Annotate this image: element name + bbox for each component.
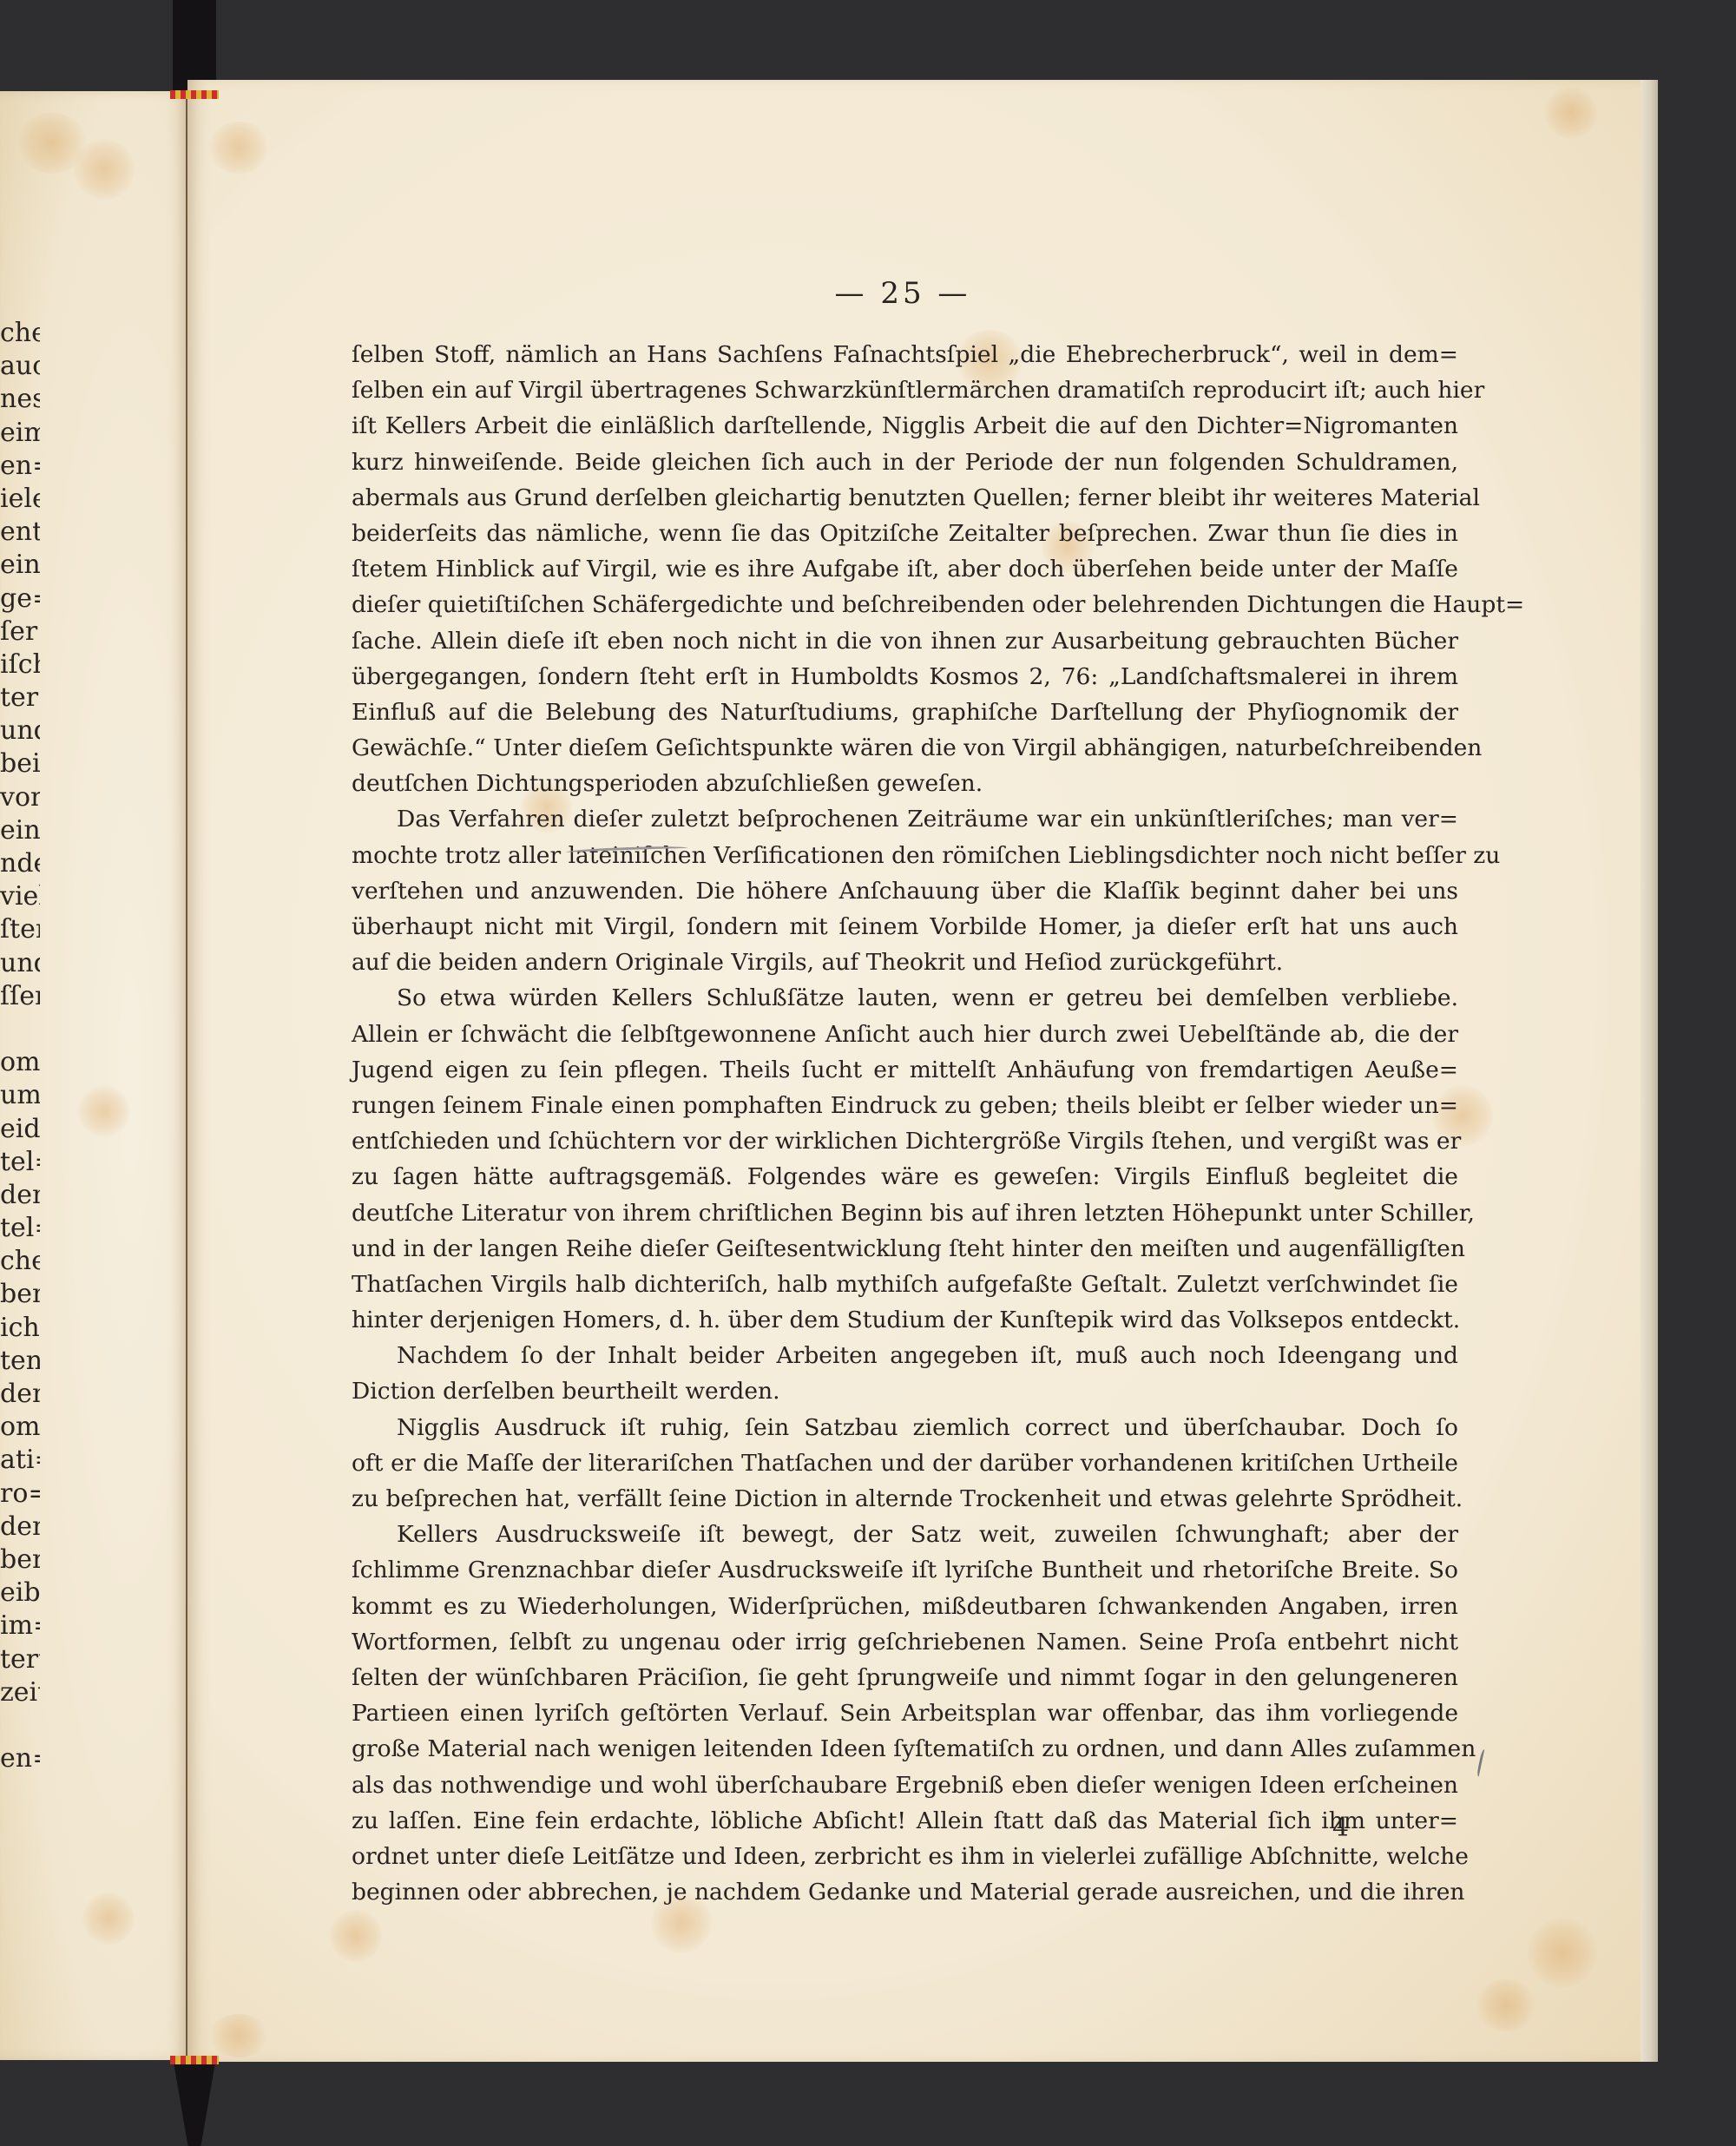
text-line: abermals aus Grund derſelben gleichartig… — [352, 480, 1458, 516]
text-line: deutſche Literatur von ihrem chriſtliche… — [352, 1195, 1458, 1231]
text-line: ſelben ein auf Virgil übertragenes Schwa… — [352, 372, 1458, 408]
text-line: ſchlimme Grenznachbar dieſer Ausdruckswe… — [352, 1552, 1458, 1588]
margin-fragment: om — [0, 1411, 40, 1444]
text-line: zu beſprechen hat, verfällt ſeine Dictio… — [352, 1481, 1458, 1517]
text-line: Jugend eigen zu ſein pflegen. Theils ſuc… — [352, 1052, 1458, 1088]
margin-fragment: eim — [0, 417, 40, 450]
text-line: So etwa würden Kellers Schlußſätze laute… — [352, 980, 1458, 1016]
text-line: ordnet unter dieſe Leitſätze und Ideen, … — [352, 1839, 1458, 1874]
margin-fragment: dem — [0, 1511, 40, 1544]
margin-fragment: ben — [0, 1278, 40, 1311]
text-line: Wortformen, ſelbſt zu ungenau oder irrig… — [352, 1624, 1458, 1660]
margin-fragment: um — [0, 1079, 40, 1112]
margin-fragment: en= — [0, 1742, 40, 1775]
text-line: kommt es zu Wiederholungen, Widerſprüche… — [352, 1589, 1458, 1624]
margin-fragment: ich= — [0, 1312, 40, 1345]
text-line: rungen ſeinem Finale einen pomphaften Ei… — [352, 1088, 1458, 1123]
margin-fragment: ro= — [0, 1478, 40, 1511]
text-line: Thatſachen Virgils halb dichteriſch, hal… — [352, 1267, 1458, 1302]
text-line: Diction derſelben beurtheilt werden. — [352, 1373, 1458, 1409]
text-line: ſelben Stoff, nämlich an Hans Sachſens F… — [352, 337, 1458, 372]
margin-fragment — [0, 1709, 40, 1742]
text-line: große Material nach wenigen leitenden Id… — [352, 1731, 1458, 1767]
margin-fragment: tert — [0, 1643, 40, 1676]
margin-fragment: nde — [0, 847, 40, 880]
margin-fragment — [0, 1013, 40, 1046]
margin-fragment: von — [0, 781, 40, 814]
margin-fragment: chen — [0, 317, 40, 350]
margin-fragment: viel — [0, 880, 40, 913]
book-gutter — [186, 95, 187, 2059]
margin-fragment: ber — [0, 1544, 40, 1577]
margin-fragment: nes, — [0, 383, 40, 416]
margin-fragment: ent, — [0, 516, 40, 549]
margin-fragment: ein= — [0, 814, 40, 847]
text-line: ſache. Allein dieſe iſt eben noch nicht … — [352, 623, 1458, 659]
margin-fragment: im= — [0, 1609, 40, 1642]
margin-fragment: ſer= — [0, 615, 40, 648]
text-line: und in der langen Reihe dieſer Geiſtesen… — [352, 1231, 1458, 1267]
text-line: überhaupt nicht mit Virgil, ſondern mit … — [352, 909, 1458, 945]
text-line: auf die beiden andern Originale Virgils,… — [352, 945, 1458, 980]
text-line: entſchieden und ſchüchtern vor der wirkl… — [352, 1123, 1458, 1159]
headband-top — [170, 90, 219, 99]
margin-fragment: tel= — [0, 1146, 40, 1179]
text-line: Das Verfahren dieſer zuletzt beſprochene… — [352, 801, 1458, 837]
text-line: beiderſeits das nämliche, wenn ſie das O… — [352, 516, 1458, 551]
margin-fragment: und — [0, 714, 40, 747]
text-line: verſtehen und anzuwenden. Die höhere Anſ… — [352, 873, 1458, 909]
text-line: Gewächſe.“ Unter dieſem Geſichtspunkte w… — [352, 730, 1458, 766]
margin-fragment: den — [0, 1378, 40, 1411]
text-line: Kellers Ausdrucksweiſe iſt bewegt, der S… — [352, 1517, 1458, 1552]
headband-bottom — [170, 2056, 219, 2064]
margin-fragment: eibt — [0, 1577, 40, 1609]
margin-fragment: bei — [0, 747, 40, 780]
margin-fragment: tel= — [0, 1212, 40, 1245]
text-line: ſelten der wünſchbaren Präciſion, ſie ge… — [352, 1660, 1458, 1695]
margin-fragment: om — [0, 1046, 40, 1079]
text-line: mochte trotz aller lateiniſchen Verſific… — [352, 838, 1458, 873]
margin-fragment: ati= — [0, 1444, 40, 1477]
text-line: kurz hinweiſende. Beide gleichen ſich au… — [352, 444, 1458, 480]
body-text: ſelben Stoff, nämlich an Hans Sachſens F… — [352, 337, 1458, 1910]
text-line: übergegangen, ſondern ſteht erſt in Humb… — [352, 659, 1458, 694]
text-line: Allein er ſchwächt die ſelbſtgewonnene A… — [352, 1017, 1458, 1052]
page-edges — [1641, 80, 1658, 2062]
page-number: — 25 — — [816, 276, 990, 311]
text-line: zu laſſen. Eine fein erdachte, löbliche … — [352, 1803, 1458, 1839]
text-line: als das nothwendige und wohl überſchauba… — [352, 1767, 1458, 1803]
text-line: oft er die Maſſe der literariſchen Thatſ… — [352, 1445, 1458, 1481]
margin-fragment: ten. — [0, 1345, 40, 1378]
text-line: ſtetem Hinblick auf Virgil, wie es ihre … — [352, 551, 1458, 587]
left-page-text-fragments: chenauchnes,eimen=ieleent,einege=ſer=iſc… — [0, 317, 40, 1775]
text-line: Nigglis Ausdruck iſt ruhig, ſein Satzbau… — [352, 1410, 1458, 1445]
signature-mark: 4 — [1332, 1813, 1349, 1843]
text-line: dieſer quietiſtiſchen Schäfergedichte un… — [352, 587, 1458, 622]
margin-fragment: auch — [0, 350, 40, 383]
margin-fragment: eide — [0, 1113, 40, 1146]
text-line: hinter derjenigen Homers, d. h. über dem… — [352, 1302, 1458, 1338]
margin-fragment: und — [0, 947, 40, 980]
margin-fragment: eine — [0, 549, 40, 582]
margin-fragment: iele — [0, 483, 40, 516]
text-line: deutſchen Dichtungsperioden abzuſchließe… — [352, 766, 1458, 801]
margin-fragment: iſch — [0, 648, 40, 681]
text-line: zu ſagen hätte auftragsgemäß. Folgendes … — [352, 1159, 1458, 1195]
margin-fragment: ſſen — [0, 980, 40, 1013]
margin-fragment: zeit — [0, 1676, 40, 1709]
text-line: beginnen oder abbrechen, je nachdem Geda… — [352, 1874, 1458, 1910]
text-line: Einfluß auf die Belebung des Naturſtudiu… — [352, 694, 1458, 730]
text-line: Nachdem ſo der Inhalt beider Arbeiten an… — [352, 1338, 1458, 1373]
margin-fragment: dem — [0, 1179, 40, 1212]
margin-fragment: ſter — [0, 913, 40, 946]
margin-fragment: chen — [0, 1245, 40, 1278]
bookmark-ribbon-bottom — [173, 2057, 216, 2146]
margin-fragment: ter= — [0, 681, 40, 714]
text-line: iſt Kellers Arbeit die einläßlich darſte… — [352, 408, 1458, 444]
margin-fragment: ge= — [0, 583, 40, 615]
text-line: Partieen einen lyriſch geſtörten Verlauf… — [352, 1695, 1458, 1731]
margin-fragment: en= — [0, 450, 40, 483]
